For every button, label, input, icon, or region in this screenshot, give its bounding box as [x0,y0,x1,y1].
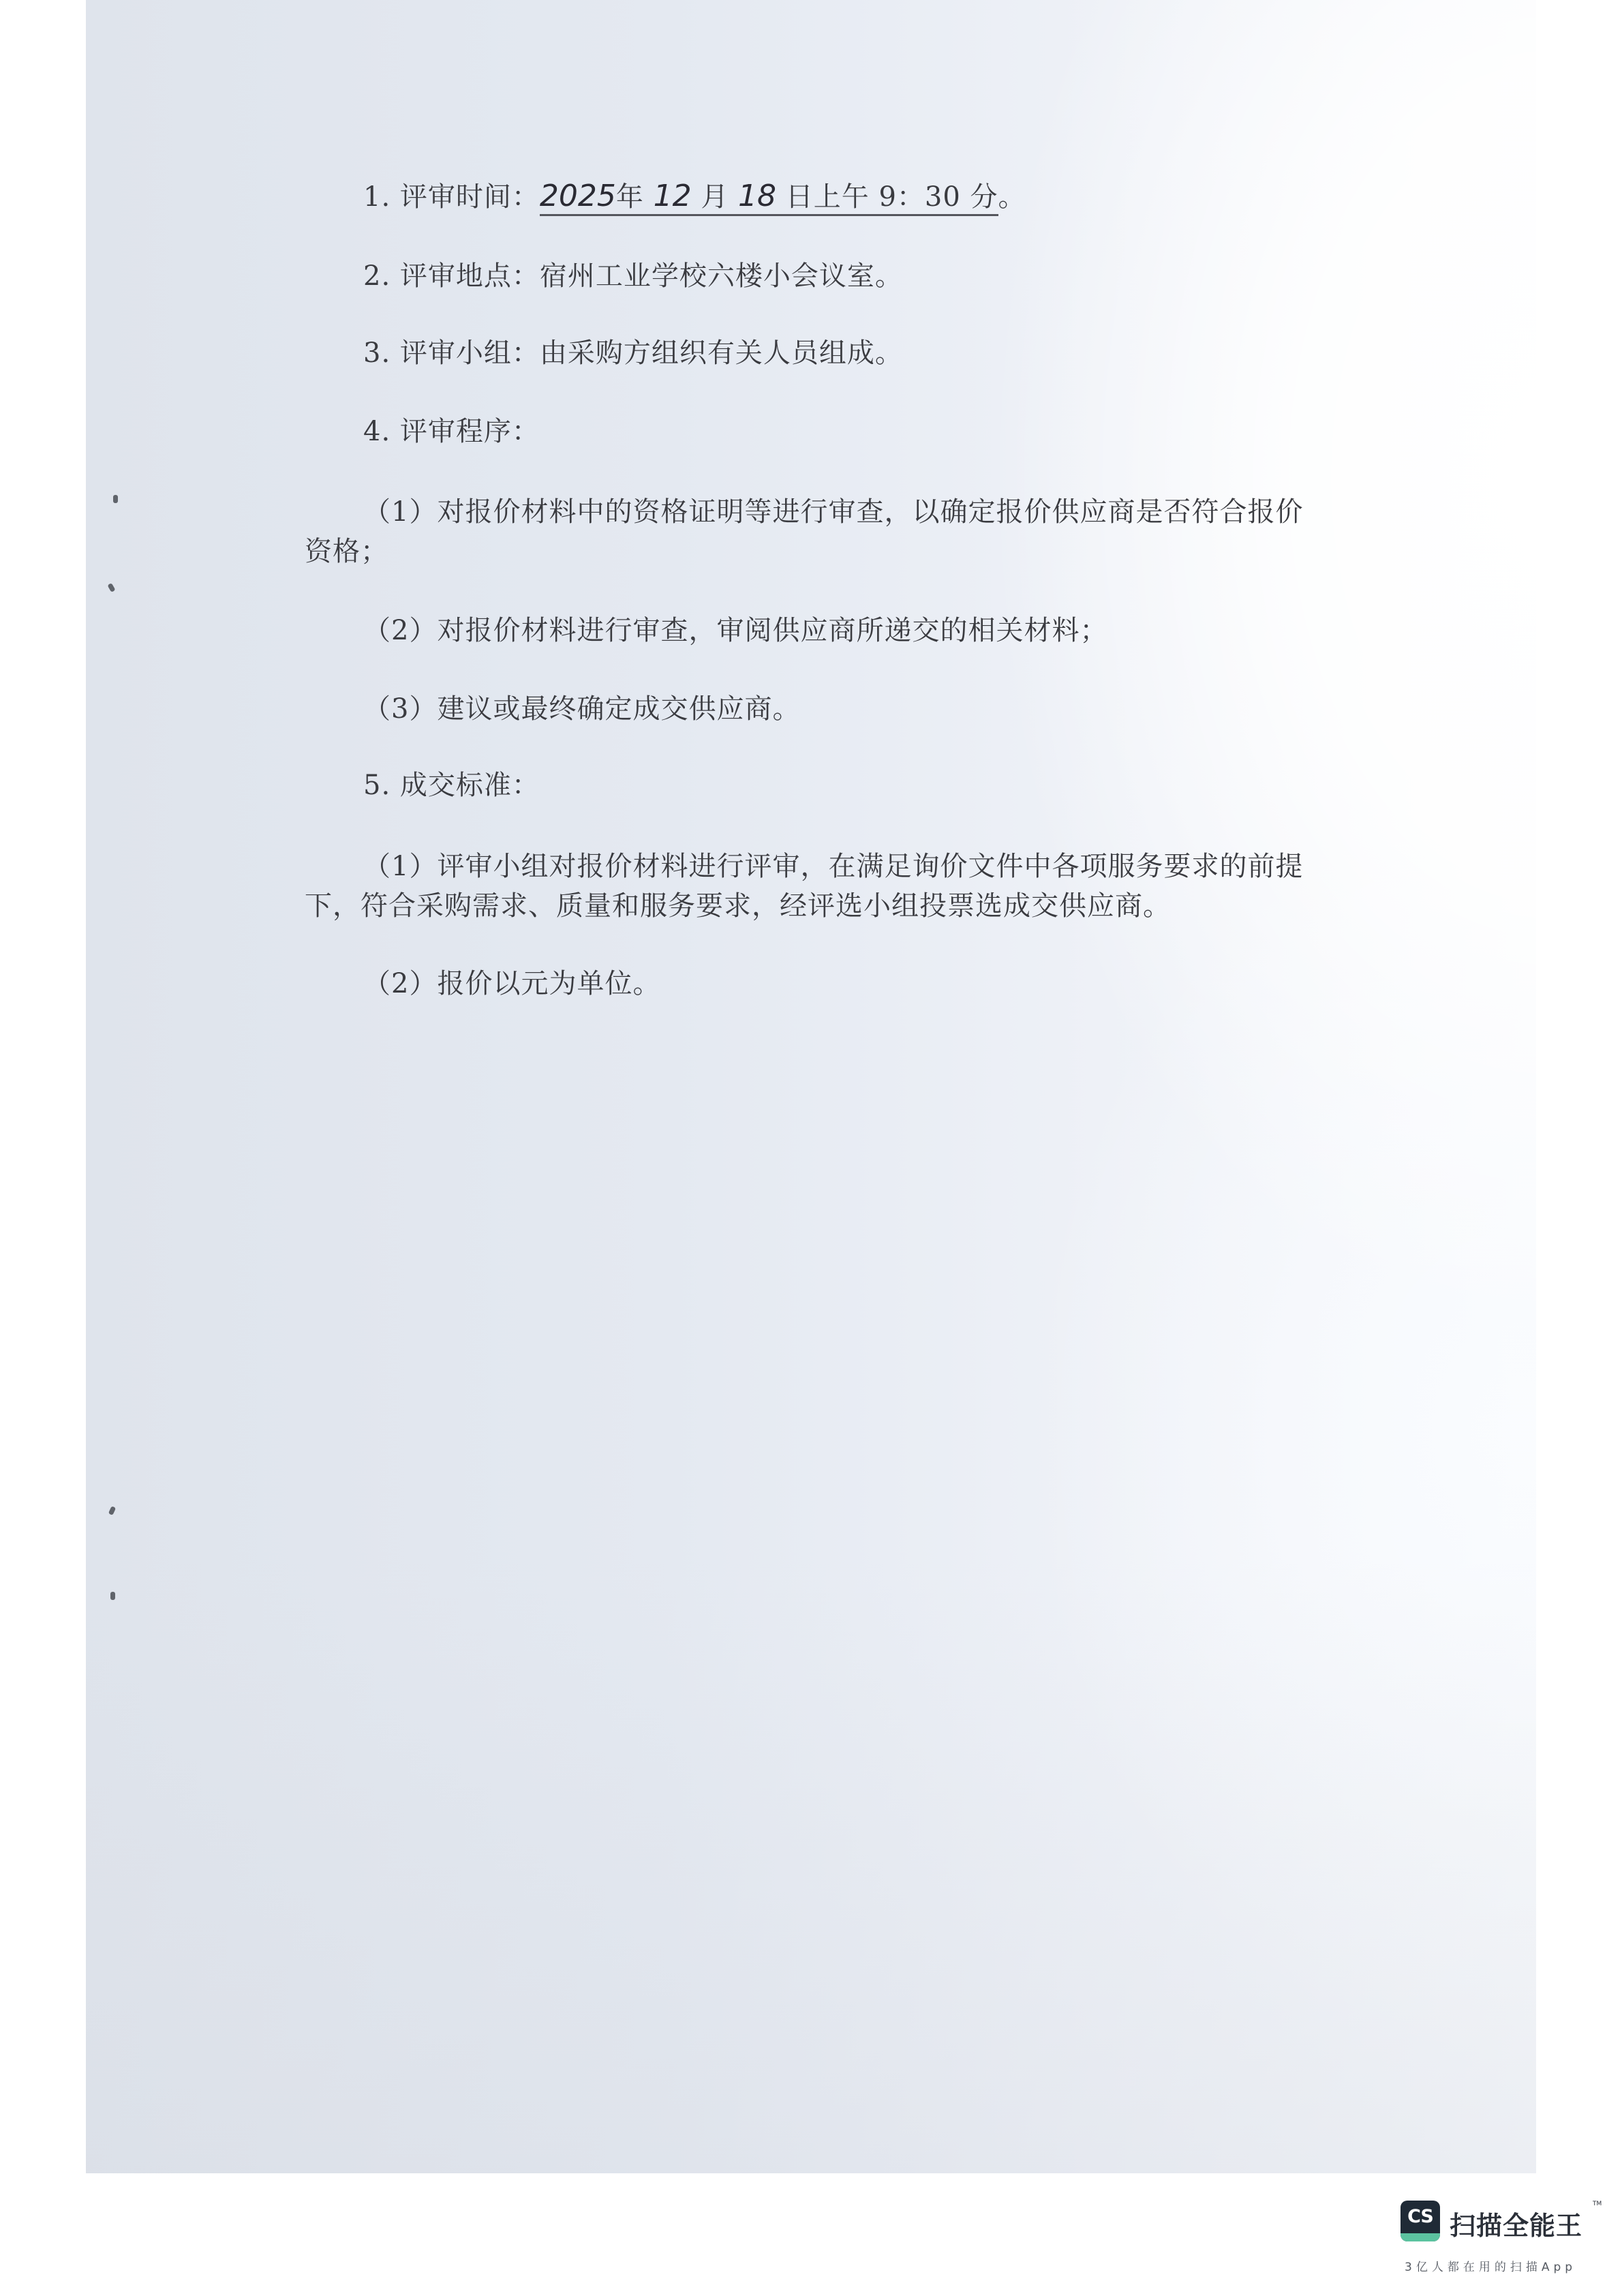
procedure-step-3: （3）建议或最终确定成交供应商。 [363,689,800,729]
camscanner-watermark: CS 扫描全能王 TM 3亿人都在用的扫描App [1401,2201,1605,2282]
review-time-label: 1. 评审时间： [363,181,540,213]
item-review-time: 1. 评审时间：2025年 12 月 18 日上午 9：30 分。 [363,177,1026,217]
item-review-location: 2. 评审地点：宿州工业学校六楼小会议室。 [363,256,903,296]
handwritten-month: 12 [654,179,692,213]
app-name: 扫描全能王 [1450,2205,1582,2242]
binder-hole-mark [108,1506,116,1515]
paper-shadow [86,1560,1536,2173]
binder-hole-mark [113,495,118,503]
procedure-step-1: （1）对报价材料中的资格证明等进行审查，以确定报价供应商是否符合报价资格； [305,492,1327,571]
item-review-procedure-heading: 4. 评审程序： [363,412,540,451]
app-tagline: 3亿人都在用的扫描App [1405,2257,1576,2274]
criteria-step-2: （2）报价以元为单位。 [363,964,660,1003]
scanned-page: 1. 评审时间：2025年 12 月 18 日上午 9：30 分。 2. 评审地… [86,0,1536,2173]
item-review-panel: 3. 评审小组：由采购方组织有关人员组成。 [363,333,903,373]
binder-hole-mark [107,583,115,592]
trademark-mark: TM [1593,2201,1602,2207]
item-award-criteria-heading: 5. 成交标准： [363,766,540,805]
procedure-step-2: （2）对报价材料进行审查，审阅供应商所递交的相关材料； [363,611,1107,650]
criteria-step-1: （1）评审小组对报价材料进行评审，在满足询价文件中各项服务要求的前提下，符合采购… [305,847,1327,926]
handwritten-year: 2025 [540,179,616,213]
handwritten-day: 18 [738,179,776,213]
review-time-filled-value: 2025年 12 月 18 日上午 9：30 分 [540,181,998,216]
binder-hole-mark [110,1592,115,1600]
camscanner-logo-icon: CS [1401,2201,1440,2241]
